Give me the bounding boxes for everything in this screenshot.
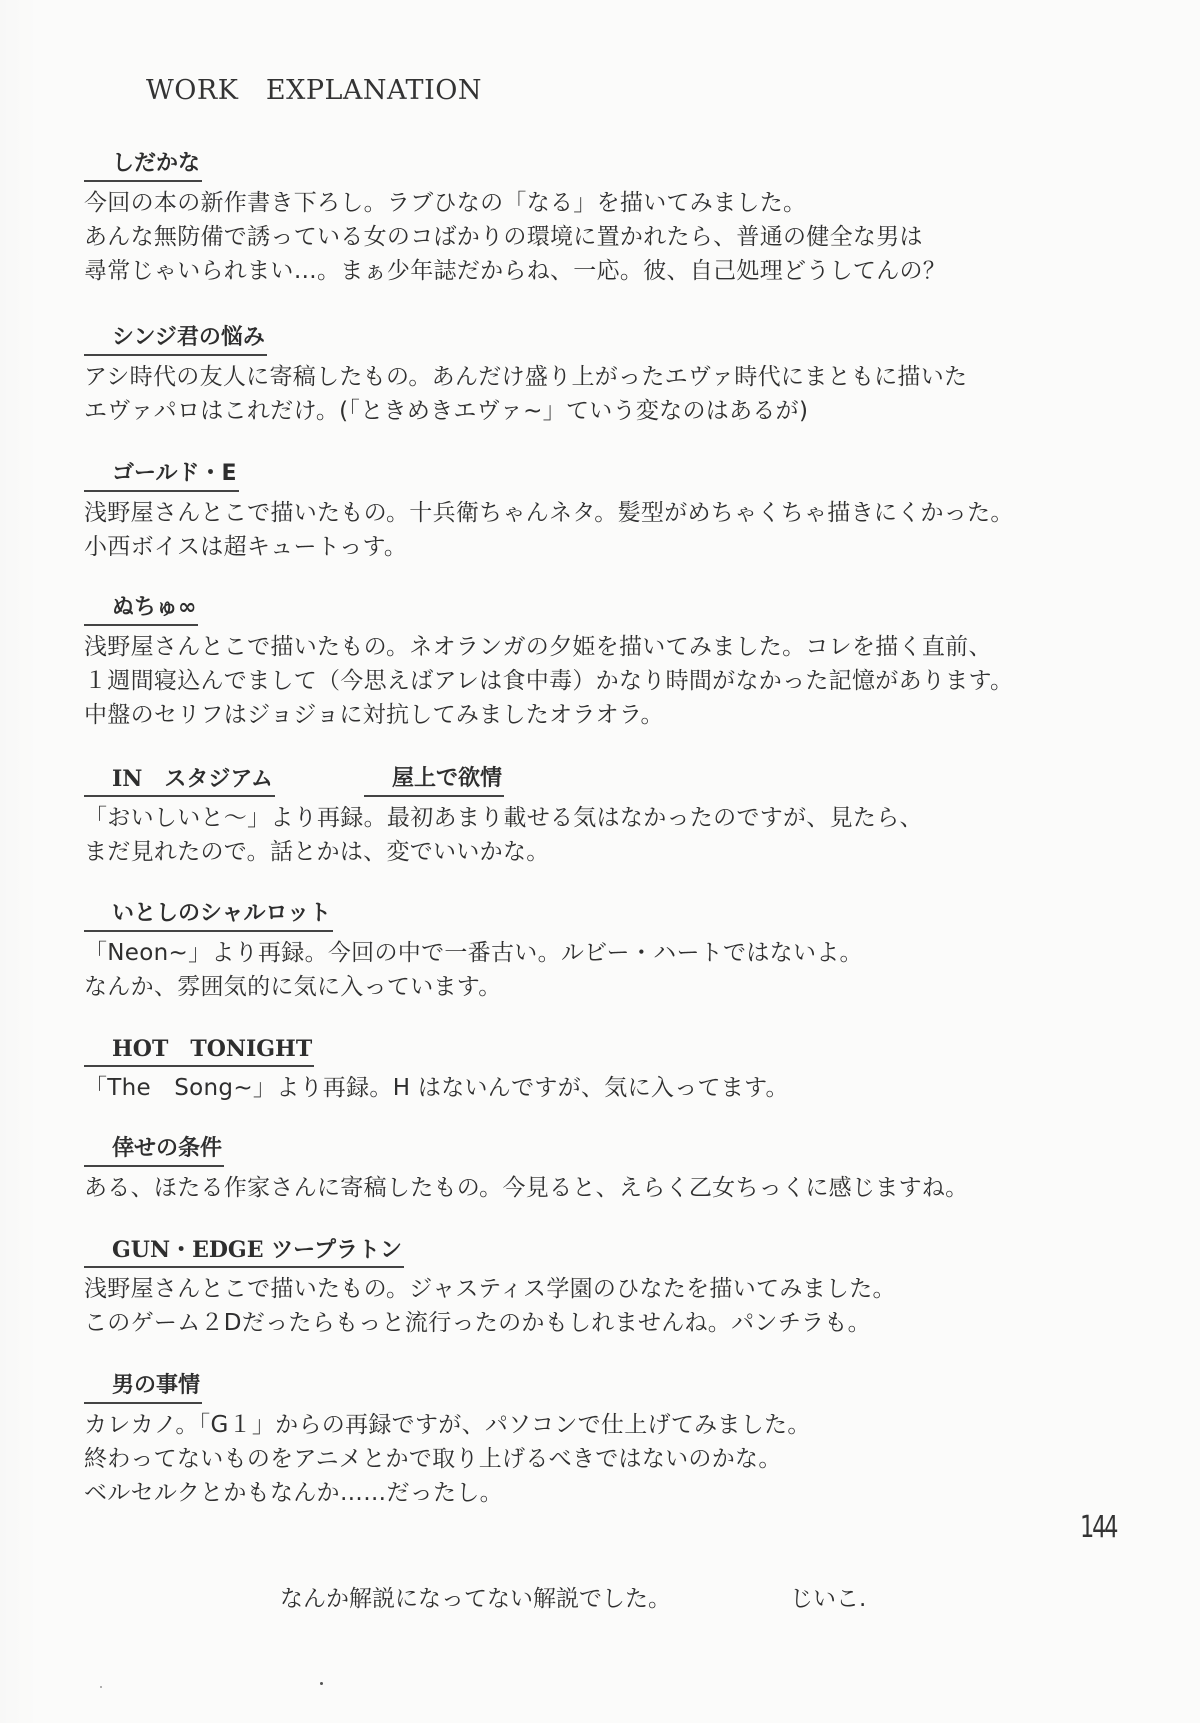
- body-line: アシ時代の友人に寄稿したもの。あんだけ盛り上がったエヴァ時代にまともに描いた: [84, 360, 1144, 394]
- body-line: 「おいしいと～」より再録。最初あまり載せる気はなかったのですが、見たら、: [84, 801, 1144, 835]
- section-heading: シンジ君の悩み: [84, 322, 267, 356]
- section-heading: ゴールド・E: [84, 458, 239, 492]
- body-line: まだ見れたので。話とかは、変でいいかな。: [84, 835, 1144, 869]
- body-line: エヴァパロはこれだけ。(「ときめきエヴァ~」ていう変なのはあるが): [84, 394, 1144, 428]
- body-line: ある、ほたる作家さんに寄稿したもの。今見ると、えらく乙女ちっくに感じますね。: [84, 1171, 1144, 1205]
- body-line: なんか、雰囲気的に気に入っています。: [84, 970, 1144, 1004]
- section-heading: しだかな: [84, 148, 202, 182]
- closing-remark: なんか解説になってない解説でした。: [280, 1580, 671, 1613]
- body-line: 小西ボイスは超キュートっす。: [84, 530, 1144, 564]
- section-in-stadium: IN スタジアム 屋上で欲情 「おいしいと～」より再録。最初あまり載せる気はなか…: [84, 763, 1144, 869]
- body-line: 中盤のセリフはジョジョに対抗してみましたオラオラ。: [84, 698, 1144, 732]
- body-line: カレカノ。「G１」からの再録ですが、パソコンで仕上げてみました。: [84, 1408, 1144, 1442]
- body-line: 浅野屋さんとこで描いたもの。十兵衛ちゃんネタ。髪型がめちゃくちゃ描きにくかった。: [84, 496, 1144, 530]
- author-signature: じいこ.: [790, 1580, 866, 1613]
- body-line: 今回の本の新作書き下ろし。ラブひなの「なる」を描いてみました。: [84, 186, 1144, 220]
- section-hot-tonight: HOT TONIGHT 「The Song~」より再録。H はないんですが、気に…: [84, 1033, 1144, 1105]
- page-number: 144: [1080, 1510, 1116, 1545]
- section-shidakana: しだかな 今回の本の新作書き下ろし。ラブひなの「なる」を描いてみました。 あんな…: [84, 148, 1144, 288]
- body-line: このゲーム２Dだったらもっと流行ったのかもしれませんね。パンチラも。: [84, 1306, 1144, 1340]
- body-line: 終わってないものをアニメとかで取り上げるべきではないのかな。: [84, 1442, 1144, 1476]
- section-heading: IN スタジアム: [84, 763, 275, 797]
- body-line: ベルセルクとかもなんか……だったし。: [84, 1476, 1144, 1510]
- section-heading-secondary: 屋上で欲情: [364, 763, 504, 797]
- document-page: WORK EXPLANATION しだかな 今回の本の新作書き下ろし。ラブひなの…: [0, 0, 1200, 1723]
- section-heading: ぬちゅ∞: [84, 592, 198, 626]
- section-charlotte: いとしのシャルロット 「Neon~」より再録。今回の中で一番古い。ルビー・ハート…: [84, 898, 1144, 1004]
- body-line: 浅野屋さんとこで描いたもの。ネオランガの夕姫を描いてみました。コレを描く直前、: [84, 630, 1144, 664]
- body-line: １週間寝込んでまして（今思えばアレは食中毒）かなり時間がなかった記憶があります。: [84, 664, 1144, 698]
- section-shinji: シンジ君の悩み アシ時代の友人に寄稿したもの。あんだけ盛り上がったエヴァ時代にま…: [84, 322, 1144, 428]
- print-speck: [100, 1686, 102, 1688]
- section-shiawase: 倖せの条件 ある、ほたる作家さんに寄稿したもの。今見ると、えらく乙女ちっくに感じ…: [84, 1133, 1144, 1205]
- section-gold-e: ゴールド・E 浅野屋さんとこで描いたもの。十兵衛ちゃんネタ。髪型がめちゃくちゃ描…: [84, 458, 1144, 564]
- body-line: 浅野屋さんとこで描いたもの。ジャスティス学園のひなたを描いてみました。: [84, 1272, 1144, 1306]
- section-heading: GUN・EDGE ツープラトン: [84, 1234, 404, 1268]
- body-line: 「Neon~」より再録。今回の中で一番古い。ルビー・ハートではないよ。: [84, 936, 1144, 970]
- section-heading: いとしのシャルロット: [84, 898, 333, 932]
- body-line: あんな無防備で誘っている女のコばかりの環境に置かれたら、普通の健全な男は: [84, 220, 1144, 254]
- body-line: 尋常じゃいられまい…。まぁ少年誌だからね、一応。彼、自己処理どうしてんの？: [84, 254, 1144, 288]
- section-heading: 男の事情: [84, 1370, 202, 1404]
- page-title: WORK EXPLANATION: [146, 68, 482, 107]
- section-otoko-no-jijou: 男の事情 カレカノ。「G１」からの再録ですが、パソコンで仕上げてみました。 終わ…: [84, 1370, 1144, 1510]
- section-gun-edge: GUN・EDGE ツープラトン 浅野屋さんとこで描いたもの。ジャスティス学園のひ…: [84, 1234, 1144, 1340]
- section-heading: 倖せの条件: [84, 1133, 224, 1167]
- body-line: 「The Song~」より再録。H はないんですが、気に入ってます。: [84, 1071, 1144, 1105]
- print-speck: [320, 1682, 323, 1685]
- section-nuchu: ぬちゅ∞ 浅野屋さんとこで描いたもの。ネオランガの夕姫を描いてみました。コレを描…: [84, 592, 1144, 732]
- section-heading: HOT TONIGHT: [84, 1033, 314, 1067]
